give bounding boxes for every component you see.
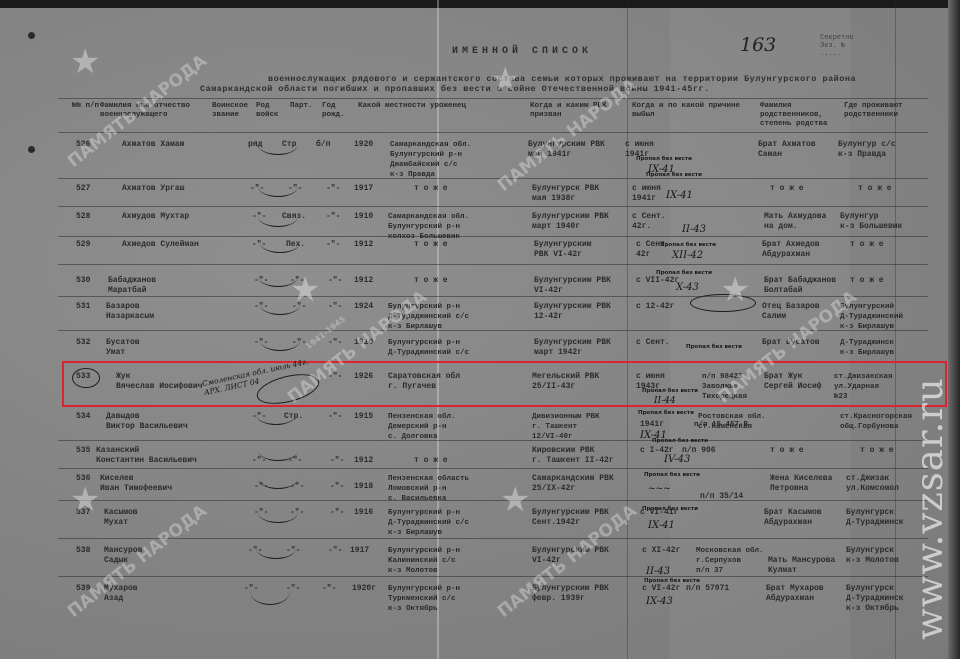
ditto-tick xyxy=(256,404,296,425)
page-number: 163 xyxy=(740,34,776,56)
table-rule xyxy=(58,440,928,441)
drafted-by: Самаркандским РВК 25/IX-42г xyxy=(532,474,614,494)
drafted-by: Булунгурск РВК мая 1938г xyxy=(532,184,599,204)
soldier-name: Бусатов Умат xyxy=(106,338,140,358)
table-rule xyxy=(58,206,928,207)
scanned-document: 163 Секретно Экз. № ..... ИМЕННОЙ СПИСОК… xyxy=(0,0,960,659)
ditto-tick xyxy=(260,330,300,351)
birthplace: т о ж е xyxy=(414,456,448,466)
relatives-address: Булунгурск Д-Тураджинск xyxy=(846,508,904,528)
column-header-relatives: Фамилия родственников, степень родства xyxy=(760,102,842,129)
handwritten-date: XII-42 xyxy=(672,250,703,261)
relatives: Ростовская обл. ст.Каменская xyxy=(698,412,766,432)
ditto-tick xyxy=(256,538,296,559)
birth-year: 1920 xyxy=(354,140,373,150)
missing-stamp: Пропал без вести xyxy=(644,578,700,584)
ditto-tick xyxy=(258,502,298,523)
handwritten-date: IX-41 xyxy=(648,520,675,531)
table-rule xyxy=(58,236,928,237)
table-rule xyxy=(58,468,928,469)
party: б/п xyxy=(316,140,330,150)
relatives-address: Д-Тураджинск к-з Бирлашув xyxy=(840,338,894,358)
fate: с VII-42г xyxy=(636,276,679,286)
document-subtitle-line1: военнослужащих рядового и сержантского с… xyxy=(268,74,856,84)
table-rule xyxy=(58,132,928,133)
star-watermark-icon: ★ xyxy=(70,42,100,82)
birth-year: 1910 xyxy=(354,212,373,222)
relatives: Брат Ахмедов Абдурахман xyxy=(762,240,820,260)
soldier-name: Киселев Иван Тимофеевич xyxy=(100,474,172,494)
soldier-name: Давыдов Виктор Васильевич xyxy=(106,412,188,432)
birth-year: 1912 xyxy=(354,276,373,286)
missing-stamp: Пропал без вести xyxy=(642,388,698,394)
drafted-by: Булунгурским РВК март 1942г xyxy=(534,338,611,358)
relatives-address: Булунгурск к-з Молотов xyxy=(846,546,899,566)
missing-stamp: Пропал без вести xyxy=(660,242,716,248)
fate: с Сент. 42г. xyxy=(632,212,666,232)
birth-year: 1912 xyxy=(354,240,373,250)
star-watermark-icon: ★ xyxy=(290,270,320,310)
drafted-by: Булунгурским РВК VI-42г xyxy=(534,240,592,260)
relatives-address: ст.Джизакская ул.Ударная №23 xyxy=(834,372,893,402)
fate: с Сент. xyxy=(636,338,670,348)
ditto-tick xyxy=(258,134,298,155)
soldier-name: Касымов Мухат xyxy=(104,508,138,528)
column-header-number: №№ п/п xyxy=(72,102,96,111)
ditto-tick xyxy=(250,578,290,605)
birthplace: Самаркандская обл. Булунгурский р-н колх… xyxy=(388,212,469,242)
birthplace: Булунгурский р-н Д-Тураджинский с/с xyxy=(388,338,469,358)
birthplace: Булунгурский р-н Туркменский с/с к-з Окт… xyxy=(388,584,460,614)
star-watermark-icon: ★ xyxy=(490,60,520,100)
soldier-name: Ахматов Хамам xyxy=(122,140,184,150)
soldier-name: Ахмедов Сулейман xyxy=(122,240,199,250)
column-header-branch: Род войск xyxy=(256,102,282,120)
relatives-address: т о ж е xyxy=(850,276,884,286)
handwritten-date: IX-41 xyxy=(666,190,693,201)
fate: с июня 1941г xyxy=(632,184,661,204)
birth-year: 1917 xyxy=(350,546,369,556)
missing-stamp: Пропал без вести xyxy=(646,172,702,178)
relatives-address: Булунгурск Д-Тураджинск к-з Октябрь xyxy=(846,584,904,614)
party: -"- xyxy=(328,276,342,286)
drafted-by: Булунгурским РВК VI-42г xyxy=(534,276,611,296)
drafted-by: Булунгурским РВК март 1940г xyxy=(532,212,609,232)
row-number: 532 xyxy=(76,338,90,348)
drafted-by: Кировским РВК г. Ташкент II-42г xyxy=(532,446,614,466)
table-rule xyxy=(58,178,928,179)
punch-hole xyxy=(28,146,35,153)
row-number: 538 xyxy=(76,546,90,556)
party: -"- xyxy=(330,456,344,466)
relatives: т о ж е xyxy=(770,184,804,194)
party: -"- xyxy=(328,412,342,422)
birthplace: Булунгурский р-н Калининский с/с к-з Мол… xyxy=(388,546,460,576)
fate: с 12-42г xyxy=(636,302,674,312)
birthplace: Саратовская обл г. Пугачев xyxy=(388,372,460,392)
party: -"- xyxy=(322,584,336,594)
birth-year: 1926 xyxy=(354,372,373,382)
corner-stamp: Секретно Экз. № ..... xyxy=(820,34,854,58)
soldier-name: Бабаджанов Маратбай xyxy=(108,276,156,296)
birth-year: 1924 xyxy=(354,302,373,312)
birth-year: 1912 xyxy=(354,456,373,466)
relatives-address: т о ж е xyxy=(858,184,892,194)
star-watermark-icon: ★ xyxy=(500,480,530,520)
table-rule xyxy=(58,296,928,297)
party: -"- xyxy=(326,212,340,222)
relatives-address: т о ж е xyxy=(860,446,894,456)
missing-stamp: Пропал без вести xyxy=(644,472,700,478)
table-rule xyxy=(58,264,928,265)
document-title: ИМЕННОЙ СПИСОК xyxy=(452,46,592,57)
party: -"- xyxy=(328,302,342,312)
soldier-name: Казанский Константин Васильевич xyxy=(96,446,197,466)
row-number: 535 xyxy=(76,446,90,456)
birthplace: Пензенская обл. Демерский р-н с. Долговк… xyxy=(388,412,456,442)
ditto-tick xyxy=(258,176,298,197)
birthplace: Самаркандская обл. Булунгурский р-н Джам… xyxy=(390,140,471,180)
relatives: Брат Ахматов Саман xyxy=(758,140,816,160)
birth-year: 1916 xyxy=(354,508,373,518)
birth-year: 1920г xyxy=(352,584,376,594)
relatives: Мать Мансурова Кулмат xyxy=(768,556,835,576)
party: -"- xyxy=(326,184,340,194)
row-number: 527 xyxy=(76,184,90,194)
soldier-name: Ахматов Ургаш xyxy=(122,184,184,194)
relatives: Брат Жук Сергей Иосиф xyxy=(764,372,822,392)
handwritten-date: IX-43 xyxy=(646,596,673,607)
ditto-tick xyxy=(258,440,298,461)
relatives: Брат Касымов Абдурахман xyxy=(764,508,822,528)
soldier-name: Базаров Назаркасым xyxy=(106,302,154,322)
row-number: 533 xyxy=(76,372,90,382)
table-rule xyxy=(58,500,928,501)
relatives: Мать Ахмудова на дом. xyxy=(764,212,826,232)
relatives: Брат Мухаров Абдурахман xyxy=(766,584,824,604)
missing-stamp: Пропал без вести xyxy=(638,410,694,416)
star-watermark-icon: ★ xyxy=(70,480,100,520)
missing-stamp: Пропал без вести xyxy=(636,156,692,162)
relatives-address: Булунгур к-з Большевик xyxy=(840,212,902,232)
birthplace: т о ж е xyxy=(414,184,448,194)
handwritten-date: II-44 xyxy=(654,396,676,406)
fate: с XI-42г xyxy=(642,546,680,556)
birthplace: т о ж е xyxy=(414,240,448,250)
row-number: 531 xyxy=(76,302,90,312)
row-number: 528 xyxy=(76,212,90,222)
fate: 1941г xyxy=(640,420,664,430)
military-unit: Московская обл. г.Серпухов п/п 37 xyxy=(696,546,764,576)
ditto-tick xyxy=(258,468,298,489)
punch-hole xyxy=(28,32,35,39)
relatives-address: ст.Джизак ул.Комсомол xyxy=(846,474,899,494)
column-header-rank: Воинское звание xyxy=(212,102,252,120)
relatives: Жена Киселева Петровна xyxy=(770,474,832,494)
birth-year: 1915 xyxy=(354,412,373,422)
party: -"- xyxy=(330,508,344,518)
handwritten-date: II-43 xyxy=(682,224,706,235)
relatives-address: Булунгур с/с к-з Правда xyxy=(838,140,896,160)
fate: с VI-42г xyxy=(642,584,680,594)
column-header-address: Где проживают родственники xyxy=(844,102,908,120)
column-header-year: Год рожд. xyxy=(322,102,352,120)
table-rule xyxy=(58,576,928,577)
relatives: Брат Бабаджанов Болтабай xyxy=(764,276,836,296)
birth-year: 1917 xyxy=(354,184,373,194)
missing-stamp: Пропал без вести xyxy=(642,506,698,512)
soldier-name: Ахмудов Мухтар xyxy=(122,212,189,222)
missing-stamp: Пропал без вести xyxy=(656,270,712,276)
handwritten-date: IV-43 xyxy=(664,454,690,465)
site-watermark: www.vzsar.ru xyxy=(908,377,951,640)
handwritten-scribble: ~~~ xyxy=(648,484,671,494)
relatives-address: т о ж е xyxy=(850,240,884,250)
drafted-by: Дивизионным РВК г. Ташкент 12/VI-40г xyxy=(532,412,600,442)
birth-year: 1918 xyxy=(354,482,373,492)
row-number: 529 xyxy=(76,240,90,250)
column-header-birthplace: Какой местности уроженец xyxy=(358,102,478,111)
ditto-tick xyxy=(258,206,298,227)
birthplace: Булунгурский р-н Д-Тураджинский с/с к-з … xyxy=(388,508,469,538)
soldier-name: Жук Вячеслав Иосифович xyxy=(116,372,202,392)
column-header-party: Парт. xyxy=(290,102,318,111)
row-number: 530 xyxy=(76,276,90,286)
row-number: 534 xyxy=(76,412,90,422)
missing-stamp: Пропал без вести xyxy=(652,438,708,444)
column-header-fate: Когда и по какой причине выбыл xyxy=(632,102,752,120)
party: -"- xyxy=(330,482,344,492)
drafted-by: Мегельский РВК 25/II-43г xyxy=(532,372,599,392)
star-watermark-icon: ★ xyxy=(720,270,750,310)
party: -"- xyxy=(326,240,340,250)
handwritten-date: X-43 xyxy=(676,282,699,293)
drafted-by: Булунгурским РВК 12-42г xyxy=(534,302,611,322)
party: -"- xyxy=(328,546,342,556)
relatives: т о ж е xyxy=(770,446,804,456)
military-unit: п/п 57071 xyxy=(686,584,729,594)
relatives-address: ст.Красногорская общ.Горбунова xyxy=(840,412,912,432)
table-rule xyxy=(58,538,928,539)
birthplace: т о ж е xyxy=(414,276,448,286)
ditto-tick xyxy=(260,232,300,253)
missing-stamp: Пропал без вести xyxy=(686,344,742,350)
scan-border-top xyxy=(0,0,960,8)
